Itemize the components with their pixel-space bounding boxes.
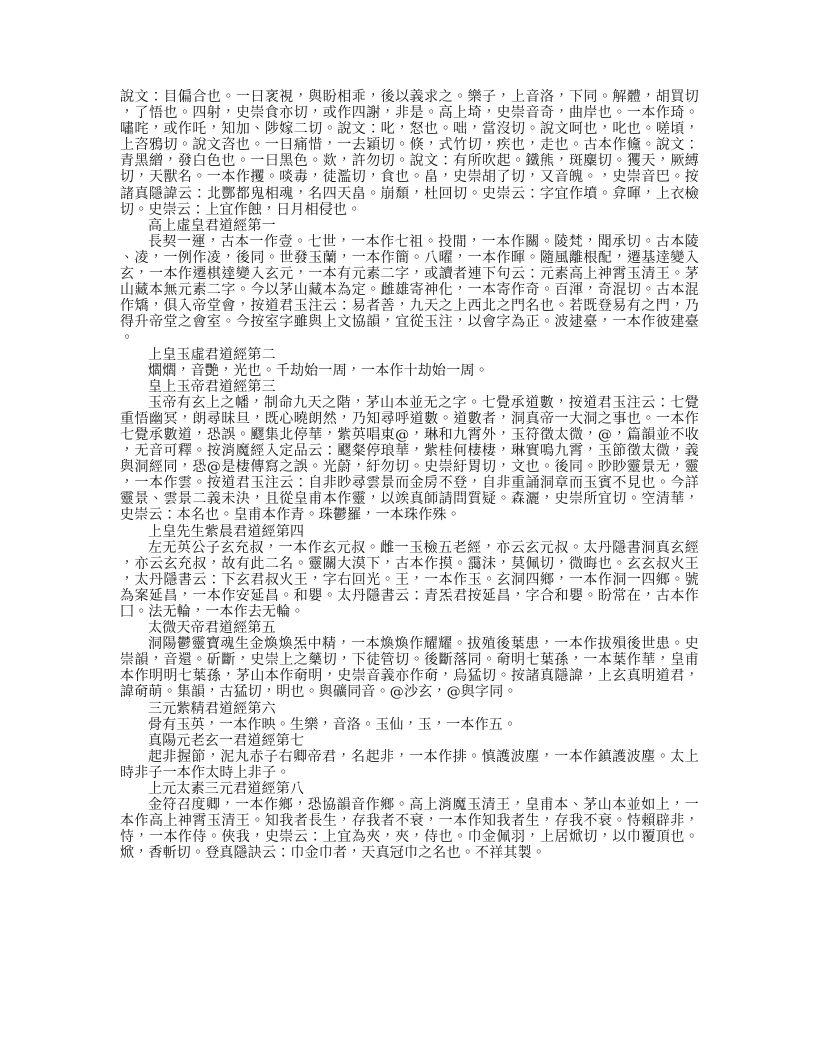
text-body: 說文：目偏合也。一曰衺視，與盼相乖，後以義求之。樂子，上音洛，下同。解體，胡買切… [120,89,699,862]
section-heading-8: 上元太素三元君道經第八 [120,781,699,797]
section-heading-7: 真陽元老玄一君道經第七 [120,733,699,749]
paragraph-continuation: 說文：目偏合也。一曰衺視，與盼相乖，後以義求之。樂子，上音洛，下同。解體，胡買切… [120,89,699,218]
section-heading-1: 高上虛皇君道經第一 [120,218,699,234]
paragraph: 洞陽鬱靈寶魂生金煥煥炁中精，一本煥煥作耀耀。拔殖後葉患，一本作拔殞後世患。史崇韻… [120,636,699,700]
document-page: 說文：目偏合也。一曰衺視，與盼相乖，後以義求之。樂子，上音洛，下同。解體，胡買切… [0,0,816,1056]
section-heading-4: 上皇先生紫晨君道經第四 [120,524,699,540]
paragraph: 左无英公子玄充叔，一本作玄元叔。雌一玉檢五老經，亦云玄元叔。太丹隱書洞真玄經，亦… [120,540,699,620]
paragraph: 長契一運，古本一作壹。七世，一本作七祖。投閒，一本作關。陵梵，聞承切。古本陵、凌… [120,234,699,347]
section-heading-6: 三元紫精君道經第六 [120,701,699,717]
section-heading-3: 皇上玉帝君道經第三 [120,379,699,395]
paragraph: 金符召度卿，一本作鄉，恐協韻音作鄉。高上消魔玉清王，皇甫本、茅山本並如上，一本作… [120,797,699,861]
section-heading-2: 上皇玉虛君道經第二 [120,347,699,363]
section-heading-5: 太微天帝君道經第五 [120,620,699,636]
paragraph: 爓爓，音艷，光也。千劫始一周，一本作十劫始一周。 [120,363,699,379]
paragraph: 起非握節，泥丸赤子右卿帝君，名起非，一本作排。慎護波塵，一本作鎮護波塵。太上時非… [120,749,699,781]
paragraph: 玉帝有玄上之幡，制命九天之階，茅山本並无之字。七覺承道數，按道君玉注云：七覺重悟… [120,395,699,524]
paragraph: 骨有玉英，一本作映。生樂，音洛。玉仙，玉，一本作五。 [120,717,699,733]
